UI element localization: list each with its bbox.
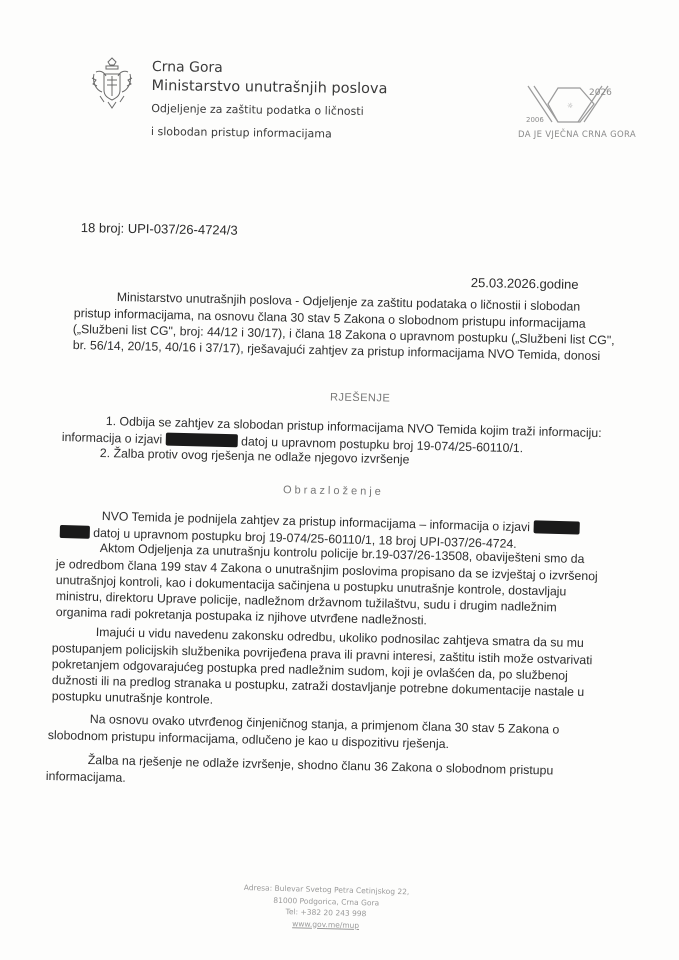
- redacted-name: [166, 433, 238, 448]
- svg-text:☼: ☼: [567, 102, 573, 110]
- footer-address-block: Adresa: Bulevar Svetog Petra Cetinjskog …: [243, 882, 410, 932]
- department-line-1: Odjeljenje za zaštitu podatka o ličnosti: [151, 98, 387, 122]
- reasoning-p5-line: informacijama.: [46, 769, 126, 787]
- reasoning-p5-line: Žalba na rješenje ne odlaže izvršenje, s…: [88, 753, 554, 779]
- montenegro-coat-of-arms-icon: [90, 56, 134, 110]
- jubilee-motto: DA JE VJEČNA CRNA GORA: [518, 130, 636, 140]
- reasoning-p3-line: postupku unutrašnje kontrole.: [52, 689, 214, 708]
- document-page: Crna Gora Ministarstvo unutrašnjih poslo…: [0, 0, 679, 960]
- reference-number: 18 broj: UPI-037/26-4724/3: [81, 220, 238, 238]
- department-line-2: i slobodan pristup informacijama: [151, 121, 387, 145]
- reasoning-heading: Obrazloženje: [283, 484, 384, 498]
- redacted-name: [533, 520, 579, 534]
- jubilee-year-end: 2026: [589, 88, 612, 98]
- jubilee-year-start: 2006: [526, 116, 544, 124]
- decision-heading: RJEŠENJE: [330, 391, 390, 404]
- jubilee-logo: ☼ 2026 2006 DA JE VJEČNA CRNA GORA: [518, 78, 638, 148]
- ministry-name: Ministarstvo unutrašnjih poslova: [151, 76, 387, 99]
- decision-item-1-prefix: informacija o izjavi: [62, 430, 163, 446]
- issuer-block: Crna Gora Ministarstvo unutrašnjih poslo…: [151, 58, 388, 145]
- redacted-name: [60, 525, 90, 539]
- document-date: 25.03.2026.godine: [471, 275, 579, 292]
